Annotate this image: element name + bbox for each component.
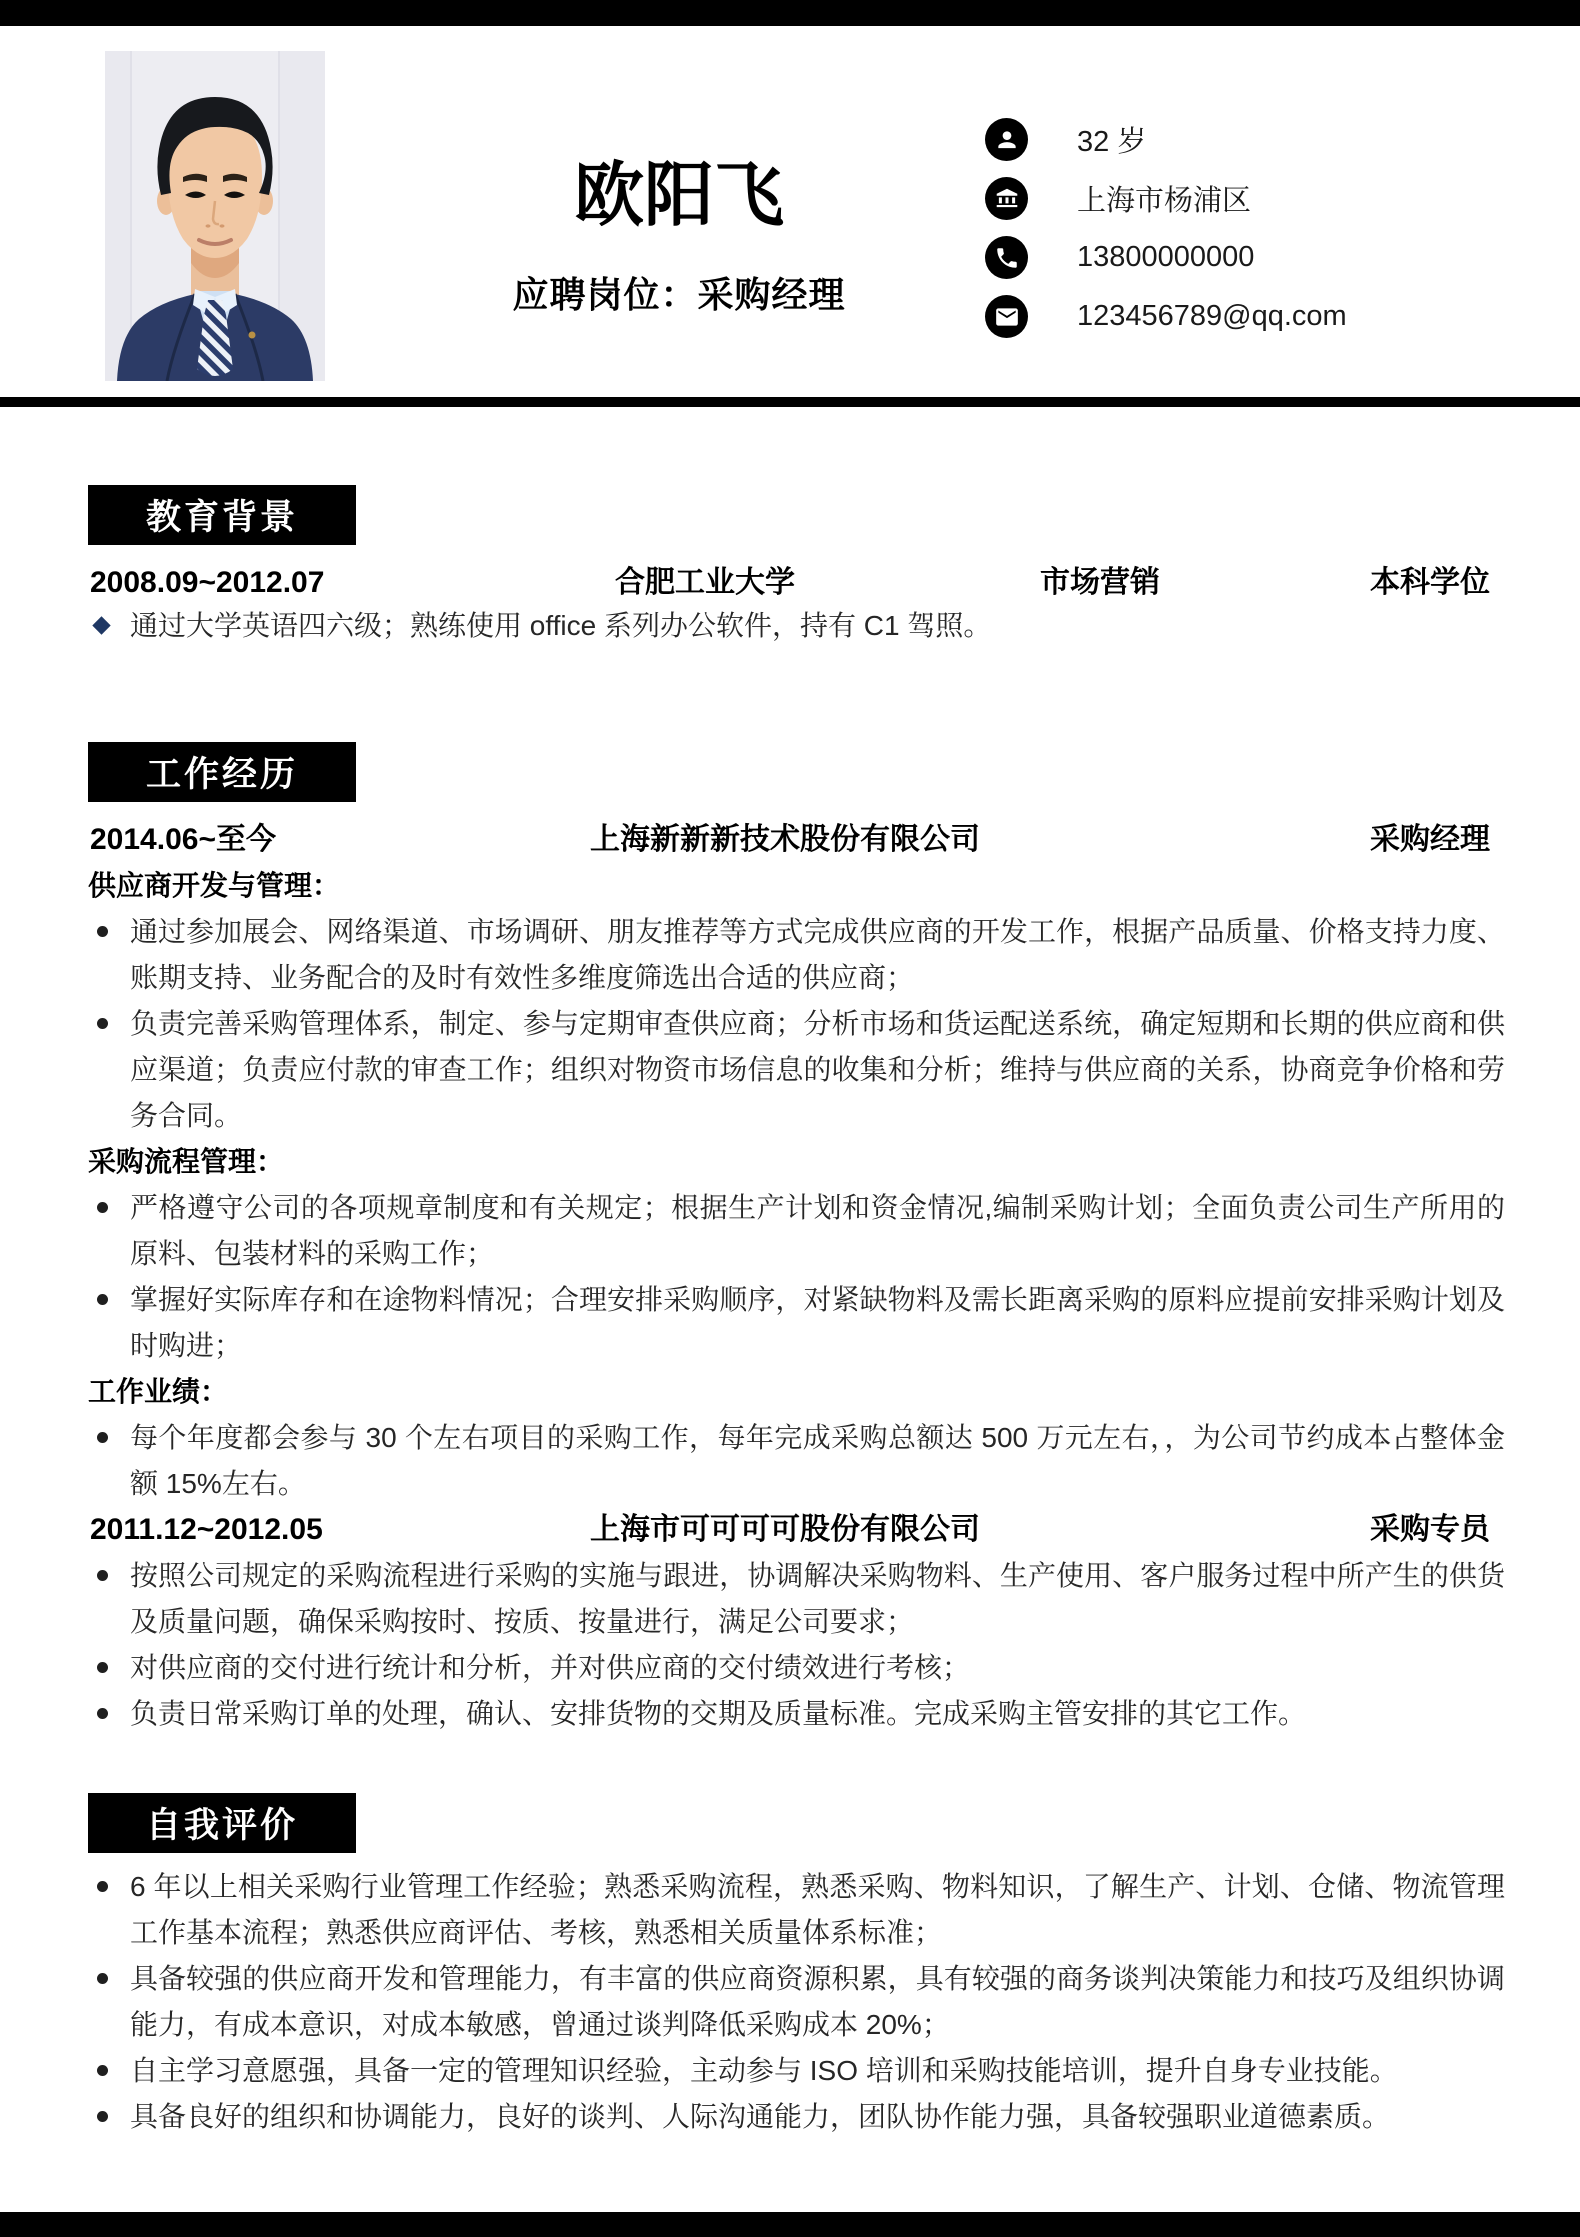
section-title-work: 工作经历 [88, 742, 356, 802]
job-period: 2014.06~至今 [90, 817, 276, 863]
job-bullet-list: 严格遵守公司的各项规章制度和有关规定；根据生产计划和资金情况,编制采购计划；全面… [88, 1185, 1505, 1369]
contact-row-email: 123456789@qq.com [985, 287, 1347, 346]
bullet-item: 负责日常采购订单的处理，确认、安排货物的交期及质量标准。完成采购主管安排的其它工… [88, 1691, 1505, 1737]
envelope-icon [985, 295, 1028, 338]
job-bullet-list: 每个年度都会参与 30 个左右项目的采购工作，每年完成采购总额达 500 万元左… [88, 1415, 1505, 1507]
job-position: 采购经理 [1370, 817, 1490, 863]
resume-page: 欧阳飞 应聘岗位：采购经理 32 岁 上海市杨浦区 13800000000 12… [0, 0, 1580, 2237]
contact-row-location: 上海市杨浦区 [985, 169, 1347, 228]
bullet-item: 按照公司规定的采购流程进行采购的实施与跟进，协调解决采购物料、生产使用、客户服务… [88, 1553, 1505, 1645]
contact-row-age: 32 岁 [985, 110, 1347, 169]
bullet-item: 通过大学英语四六级；熟练使用 office 系列办公软件，持有 C1 驾照。 [88, 603, 1505, 649]
bullet-item: 对供应商的交付进行统计和分析，并对供应商的交付绩效进行考核； [88, 1645, 1505, 1691]
bullet-item: 6 年以上相关采购行业管理工作经验；熟悉采购流程，熟悉采购、物料知识，了解生产、… [88, 1864, 1505, 1956]
job-group-heading: 采购流程管理： [88, 1139, 1505, 1185]
contact-list: 32 岁 上海市杨浦区 13800000000 123456789@qq.com [985, 110, 1347, 346]
section-title-self-evaluation: 自我评价 [88, 1793, 356, 1853]
phone-icon [985, 236, 1028, 279]
section-title-education: 教育背景 [88, 485, 356, 545]
profile-photo-illustration [105, 51, 325, 381]
job-bullet-list: 按照公司规定的采购流程进行采购的实施与跟进，协调解决采购物料、生产使用、客户服务… [88, 1553, 1505, 1737]
bullet-item: 严格遵守公司的各项规章制度和有关规定；根据生产计划和资金情况,编制采购计划；全面… [88, 1185, 1505, 1277]
bullet-item: 每个年度都会参与 30 个左右项目的采购工作，每年完成采购总额达 500 万元左… [88, 1415, 1505, 1507]
person-icon [985, 118, 1028, 161]
job-period: 2011.12~2012.05 [90, 1507, 323, 1553]
job-company: 上海新新新技术股份有限公司 [590, 817, 980, 863]
bullet-item: 具备良好的组织和协调能力，良好的谈判、人际沟通能力，团队协作能力强，具备较强职业… [88, 2094, 1505, 2140]
self-evaluation: 6 年以上相关采购行业管理工作经验；熟悉采购流程，熟悉采购、物料知识，了解生产、… [88, 1864, 1505, 2140]
job-group-heading: 工作业绩： [88, 1369, 1505, 1415]
bullet-item: 具备较强的供应商开发和管理能力，有丰富的供应商资源积累，具有较强的商务谈判决策能… [88, 1956, 1505, 2048]
candidate-name: 欧阳飞 [379, 158, 979, 232]
education-note: 通过大学英语四六级；熟练使用 office 系列办公软件，持有 C1 驾照。 [88, 603, 1505, 649]
bullet-item: 通过参加展会、网络渠道、市场调研、朋友推荐等方式完成供应商的开发工作，根据产品质… [88, 909, 1505, 1001]
job-position: 采购专员 [1370, 1507, 1490, 1553]
job-company: 上海市可可可可股份有限公司 [590, 1507, 980, 1553]
bullet-item: 自主学习意愿强，具备一定的管理知识经验，主动参与 ISO 培训和采购技能培训，提… [88, 2048, 1505, 2094]
building-icon [985, 177, 1028, 220]
work-experience: 2014.06~至今 上海新新新技术股份有限公司 采购经理 供应商开发与管理： … [88, 817, 1505, 1737]
age-value: 32 岁 [1077, 119, 1146, 160]
contact-row-phone: 13800000000 [985, 228, 1347, 287]
location-value: 上海市杨浦区 [1077, 178, 1251, 219]
job-group-heading: 供应商开发与管理： [88, 863, 1505, 909]
bullet-item: 掌握好实际库存和在途物料情况；合理安排采购顺序，对紧缺物料及需长距离采购的原料应… [88, 1277, 1505, 1369]
job-header: 2011.12~2012.05 上海市可可可可股份有限公司 采购专员 [88, 1507, 1505, 1553]
header-divider-bar [0, 397, 1580, 407]
phone-value: 13800000000 [1077, 241, 1254, 274]
education-period: 2008.09~2012.07 [90, 560, 324, 606]
bottom-border-bar [0, 2212, 1580, 2237]
email-value: 123456789@qq.com [1077, 300, 1347, 333]
education-degree: 本科学位 [1370, 560, 1490, 606]
education-school: 合肥工业大学 [615, 560, 795, 606]
education-row: 2008.09~2012.07 合肥工业大学 市场营销 本科学位 [88, 560, 1505, 606]
top-border-bar [0, 0, 1580, 26]
bullet-item: 负责完善采购管理体系，制定、参与定期审查供应商；分析市场和货运配送系统，确定短期… [88, 1001, 1505, 1139]
target-position: 应聘岗位：采购经理 [379, 275, 979, 315]
profile-photo [105, 51, 325, 381]
job-header: 2014.06~至今 上海新新新技术股份有限公司 采购经理 [88, 817, 1505, 863]
job-bullet-list: 通过参加展会、网络渠道、市场调研、朋友推荐等方式完成供应商的开发工作，根据产品质… [88, 909, 1505, 1139]
education-major: 市场营销 [1040, 560, 1160, 606]
